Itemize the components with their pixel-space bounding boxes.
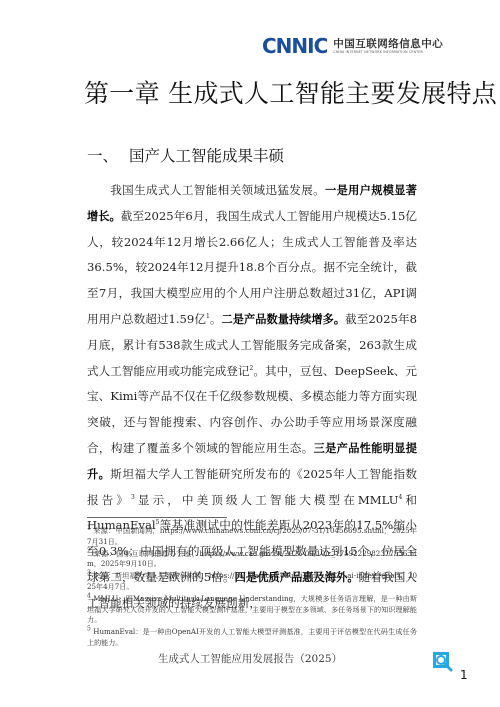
footnote-number: 2 <box>87 547 91 554</box>
page-footer-title: 生成式人工智能应用发展报告（2025） <box>0 651 500 666</box>
text-run: 显示，中美顶级人工智能大模型在MMLU <box>135 493 399 507</box>
footnote-text: 来源：国家互联网信息办公室，https://www.cac.gov.cn/202… <box>87 549 417 569</box>
cnnic-logo: CNNIC 中国互联网络信息中心 CHINA INTERNET NETWORK … <box>262 34 443 58</box>
text-run: 我国生成式人工智能相关领域迅猛发展。 <box>110 183 325 197</box>
footnote-number: 4 <box>87 593 91 600</box>
chapter-title: 第一章 生成式人工智能主要发展特点 <box>84 74 497 110</box>
logo-chinese-name: 中国互联网络信息中心 <box>333 38 443 50</box>
text-run: 。 <box>210 312 222 326</box>
footnote-text: 来源：斯坦福大学人工智能研究所，https://hai.stanford.edu… <box>87 571 417 591</box>
footnote-text: 来源：中国新闻网，https://www.chinanews.com.cn/cj… <box>87 526 417 546</box>
logo-mark: CNNIC <box>262 34 327 58</box>
footnote-4: 4 MMLU：即Massive Multitask Language Under… <box>87 594 417 626</box>
search-document-icon <box>432 651 454 673</box>
footnote-3: 3 来源：斯坦福大学人工智能研究所，https://hai.stanford.e… <box>87 571 417 592</box>
text-run: 截至2025年6月，我国生成式人工智能用户规模达5.15亿人，较2024年12月… <box>87 209 417 326</box>
footnote-number: 3 <box>87 570 91 577</box>
section-heading: 国产人工智能成果丰硕 <box>129 147 284 165</box>
section-number: 一、 <box>87 144 129 166</box>
footnote-5: 5 HumanEval：是一种由OpenAI开发的人工智能大模型评测基准，主要用… <box>87 627 417 648</box>
logo-text: 中国互联网络信息中心 CHINA INTERNET NETWORK INFORM… <box>333 38 443 55</box>
footnote-number: 1 <box>87 525 91 532</box>
footnote-1: 1 来源：中国新闻网，https://www.chinanews.com.cn/… <box>87 526 417 547</box>
footnote-text: MMLU：即Massive Multitask Language Underst… <box>87 594 417 624</box>
footnotes: 1 来源：中国新闻网，https://www.chinanews.com.cn/… <box>87 526 417 650</box>
footnote-2: 2 来源：国家互联网信息办公室，https://www.cac.gov.cn/2… <box>87 549 417 570</box>
footnote-number: 5 <box>87 626 91 633</box>
footnote-divider <box>87 517 227 518</box>
bold-point-2: 二是产品数量持续增多。 <box>222 313 346 326</box>
footnote-text: HumanEval：是一种由OpenAI开发的人工智能大模型评测基准，主要用于评… <box>87 627 417 647</box>
logo-english-name: CHINA INTERNET NETWORK INFORMATION CENTE… <box>333 50 443 55</box>
section-title: 一、国产人工智能成果丰硕 <box>87 144 284 166</box>
page-number: 1 <box>460 668 468 682</box>
